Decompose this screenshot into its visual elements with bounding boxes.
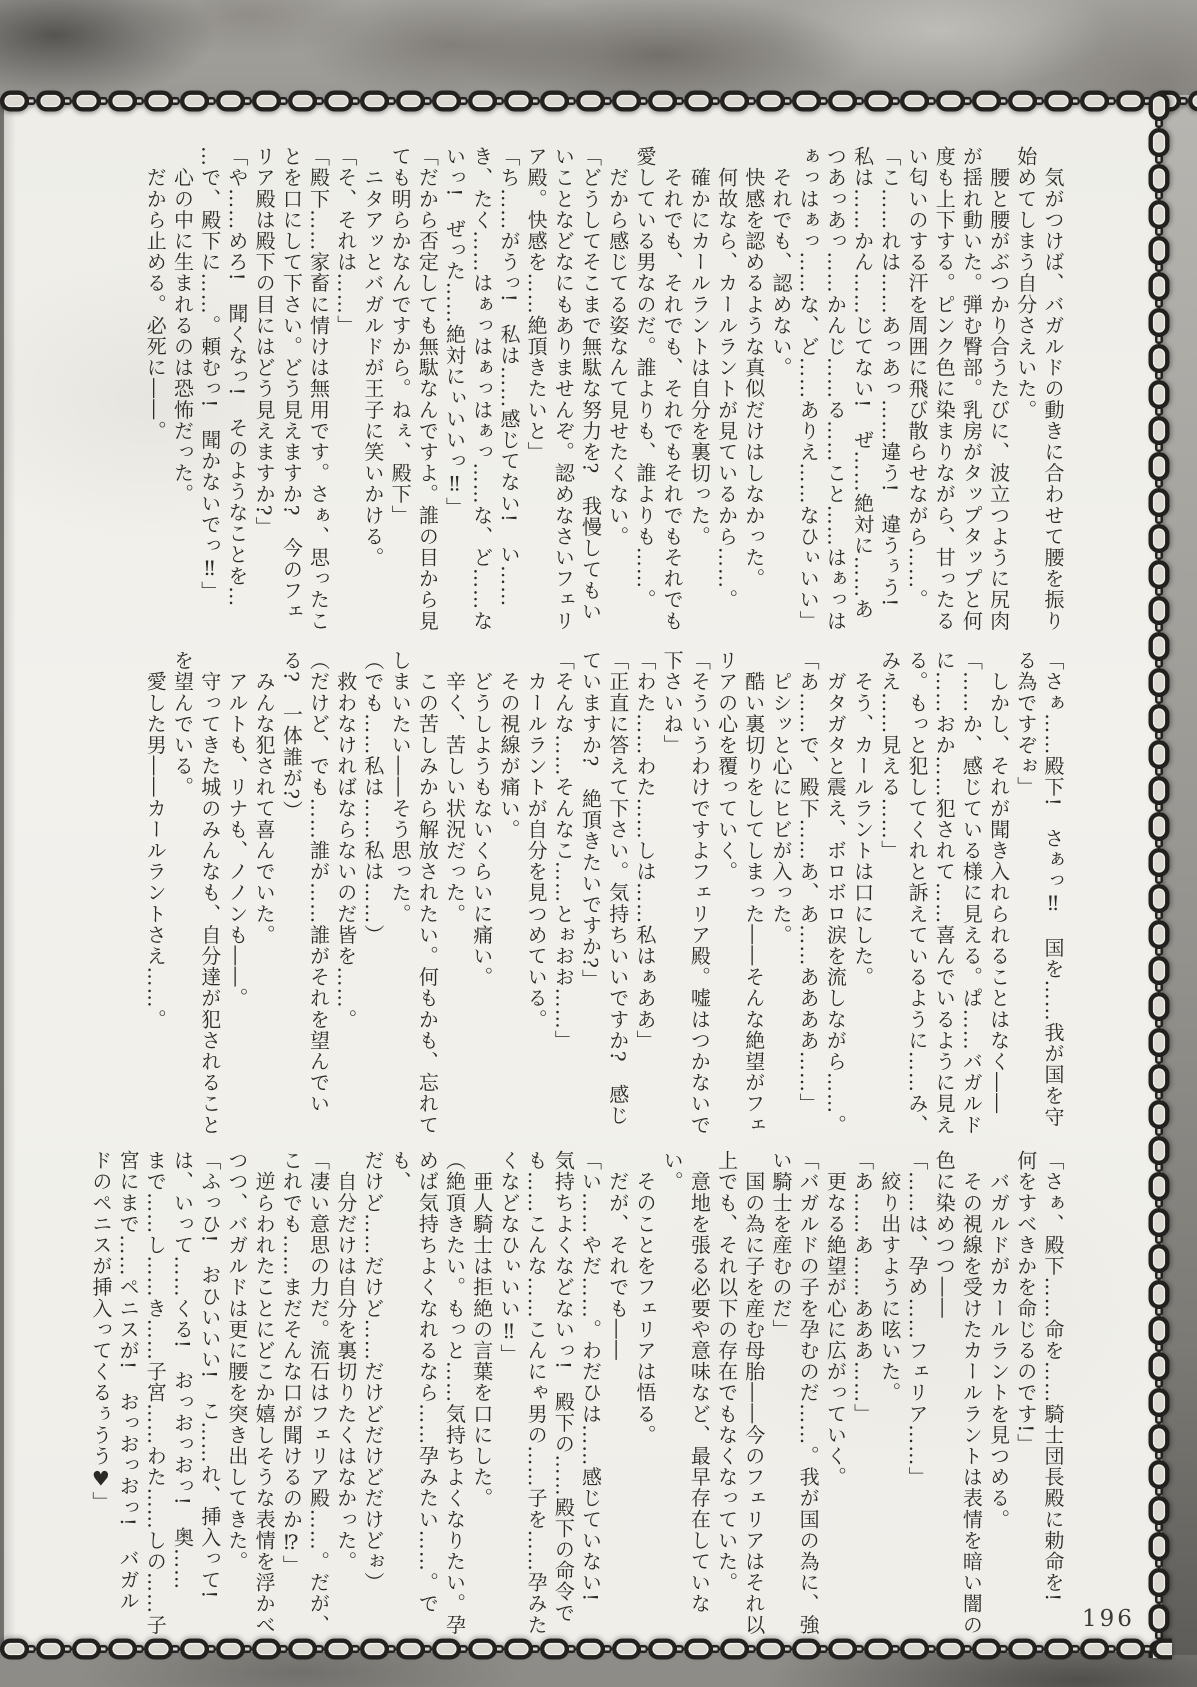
text-line: 下さいね」 — [658, 650, 685, 1146]
text-block-bottom: 「さぁ、殿下……命を……騎士団長殿に勅命を!何をすべきかを命じるのです!」 バガ… — [138, 1150, 1066, 1650]
text-line: （絶頂きたい。もっと……気持ちよくなりたい。孕 — [440, 1150, 467, 1646]
chain-border-top-icon — [0, 88, 1197, 114]
text-line: 気がつけば、バガルドの動きに合わせて腰を振り — [1039, 146, 1066, 642]
text-line: が揺れ動いた。弾む臀部。乳房がタップタップと何 — [957, 146, 984, 642]
text-line: バガルドがカールラントを見つめる。 — [984, 1150, 1011, 1646]
text-line: 私は……かん……じてない! ぜ……絶対に……あ — [848, 146, 875, 642]
text-line: 「わた……わた……しは……私はぁああ」 — [631, 650, 658, 1146]
text-line: 意地を張る必要や意味など、最早存在していない。 — [658, 1150, 712, 1646]
text-line: 始めてしまう自分さえいた。 — [1012, 146, 1039, 642]
text-line: 何故なら、カールラントが見ているから……。 — [712, 146, 739, 642]
text-block-top: 気がつけば、バガルドの動きに合わせて腰を振り始めてしまう自分さえいた。 腰と腰が… — [138, 146, 1066, 646]
text-line: ていますか? 絶頂きたいですか?」 — [576, 650, 603, 1146]
text-line: ガタガタと震え、ボロボロ涙を流しながら……。 — [821, 650, 848, 1146]
text-line: る? 一体誰が?） — [277, 650, 304, 1146]
text-line: る為ですぞぉ」 — [1012, 650, 1039, 1146]
text-line: くなどなひぃいい‼」 — [495, 1150, 522, 1646]
text-line: い騎士を産むのだ」 — [767, 1150, 794, 1646]
text-line: まで……し……き……子宮……わた……しの……子 — [141, 1150, 168, 1646]
text-line: き、たく……はぁっはぁっはぁっ……な、ど……な — [468, 146, 495, 642]
text-line: 「殿下……家畜に情けは無用です。さぁ、思ったこ — [304, 146, 331, 642]
text-line: リアの心を覆っていく。 — [712, 650, 739, 1146]
text-line: とを口にして下さい。どう見えますか? 今のフェ — [277, 146, 304, 642]
text-line: 「こ……れは……あっあっ……違う! 違うぅう! — [876, 146, 903, 642]
text-line: 気持ちよくなどないっ! 殿下の……殿下の命令で — [549, 1150, 576, 1646]
text-line: 「さぁ……殿下! さぁっ‼ 国を……我が国を守 — [1039, 650, 1066, 1146]
text-line: い匂いのする汗を周囲に飛び散らせながら……。 — [903, 146, 930, 642]
text-line: 「凄い意思の力だ。流石はフェリア殿……。だが、 — [304, 1150, 331, 1646]
book-page: 気がつけば、バガルドの動きに合わせて腰を振り始めてしまう自分さえいた。 腰と腰が… — [0, 0, 1197, 1687]
text-line: みえ……見える……」 — [876, 650, 903, 1146]
text-line: 宮にまで……ペニスが! おっおっおっ! バガル — [114, 1150, 141, 1646]
text-line: ぁっはぁっ……な、ど……ありえ……なひぃいい」 — [794, 146, 821, 642]
text-line: カールラントが自分を見つめている。 — [522, 650, 549, 1146]
page-left-edge-shadow — [0, 98, 4, 1652]
text-line: 愛している男なのだ。誰よりも、誰よりも……。 — [631, 146, 658, 642]
text-line: どうしようもないくらいに痛い。 — [468, 650, 495, 1146]
text-line: 亜人騎士は拒絶の言葉を口にした。 — [468, 1150, 495, 1646]
text-line: ドのペニスが挿入ってくるぅうう♥」 — [87, 1150, 114, 1646]
chain-border-right-icon — [1146, 92, 1172, 1658]
text-line: に……おか……犯されて……喜んでいるように見え — [930, 650, 957, 1146]
text-line: しかし、それが聞き入れられることはなく―― — [984, 650, 1011, 1146]
text-line: ピシッと心にヒビが入った。 — [767, 650, 794, 1146]
text-line: 逆らわれたことにどこか嬉しそうな表情を浮かべ — [250, 1150, 277, 1646]
text-line: それでも、それでも、それでもそれでもそれでも — [658, 146, 685, 642]
text-line: 何をすべきかを命じるのです!」 — [1012, 1150, 1039, 1646]
text-line: 快感を認めるような真似だけはしなかった。 — [740, 146, 767, 642]
text-line: 国の為に子を産む母胎――今のフェリアはそれ以 — [740, 1150, 767, 1646]
text-line: 酷い裏切りをしてしまった――そんな絶望がフェ — [740, 650, 767, 1146]
text-line: 「だから否定しても無駄なんですよ。誰の目から見 — [413, 146, 440, 642]
text-line: ても明らかなんですから。ねぇ、殿下」 — [386, 146, 413, 642]
text-line: 自分だけは自分を裏切りたくはなかった。 — [332, 1150, 359, 1646]
text-line: （でも……私は……私は……） — [359, 650, 386, 1146]
text-line: リア殿は殿下の目にはどう見えますか?」 — [250, 146, 277, 642]
text-block-middle: 「さぁ……殿下! さぁっ‼ 国を……我が国を守る為ですぞぉ」 しかし、それが聞き… — [138, 650, 1066, 1150]
text-line: 「や……めろ! 聞くなっ! そのようなことを… — [223, 146, 250, 642]
text-line: しまいたい――そう思った。 — [386, 650, 413, 1146]
text-line: そのことをフェリアは悟る。 — [631, 1150, 658, 1646]
text-line: ア殿。快感を……絶頂きたいと」 — [522, 146, 549, 642]
text-line: 「どうしてそこまで無駄な努力を? 我慢してもい — [576, 146, 603, 642]
text-line: 「そういうわけですよフェリア殿。嘘はつかないで — [685, 650, 712, 1146]
text-line: 「……か、感じている様に見える。ぱ……バガルド — [957, 650, 984, 1146]
text-line: ニタアッとバガルドが王子に笑いかける。 — [359, 146, 386, 642]
text-line: 辛く、苦しい状況だった。 — [440, 650, 467, 1146]
text-line: その視線が痛い。 — [495, 650, 522, 1146]
text-line: 「い……やだ……。わだひは……感じていない! — [576, 1150, 603, 1646]
text-line: 「そ、それは……」 — [332, 146, 359, 642]
text-line: いことなどなにもありませんぞ。認めなさいフェリ — [549, 146, 576, 642]
text-line: 「ち……がうっ! 私は……感じてない! い…… — [495, 146, 522, 642]
text-line: 更なる絶望が心に広がっていく。 — [821, 1150, 848, 1646]
text-line: 腰と腰がぶつかり合うたびに、波立つように尻肉 — [984, 146, 1011, 642]
text-line: その視線を受けたカールラントは表情を暗い闇の — [957, 1150, 984, 1646]
text-line: 心の中に生まれるのは恐怖だった。 — [168, 146, 195, 642]
text-line: 「……は、孕め……フェリア……」 — [903, 1150, 930, 1646]
text-line: 絞り出すように呟いた。 — [876, 1150, 903, 1646]
text-line: 色に染めつつ―― — [930, 1150, 957, 1646]
text-line: だから止める。必死に――。 — [141, 146, 168, 642]
text-line: いっ! ぜった……絶対にぃいいっ‼」 — [440, 146, 467, 642]
text-line: それでも、認めない。 — [767, 146, 794, 642]
text-line: も……こんな……こんにゃ男の……子を……孕みた — [522, 1150, 549, 1646]
text-line: 守ってきた城のみんなも、自分達が犯されること — [196, 650, 223, 1146]
page-number: 196 — [1082, 1606, 1135, 1632]
text-line: 上でも、それ以下の存在でもなくなっていた。 — [712, 1150, 739, 1646]
text-line: つあっあっ……かんじ……る……こと……はぁっは — [821, 146, 848, 642]
text-line: 愛した男――カールラントさえ……。 — [141, 650, 168, 1146]
text-line: 「バガルドの子を孕むのだ……。我が国の為に、強 — [794, 1150, 821, 1646]
text-line: この苦しみから解放されたい。何もかも、忘れて — [413, 650, 440, 1146]
text-line: 「あ……あ……あああ……」 — [848, 1150, 875, 1646]
text-line: 「そんな……そんなこ……とぉおお……」 — [549, 650, 576, 1146]
text-line: 度も上下する。ピンク色に染まりながら、甘ったる — [930, 146, 957, 642]
text-line: だから感じてる姿なんて見せたくない。 — [604, 146, 631, 642]
text-line: 救わなければならないのだ皆を……。 — [332, 650, 359, 1146]
text-line: これでも……まだそんな口が聞けるのか⁉」 — [277, 1150, 304, 1646]
text-line: を望んでいる。 — [168, 650, 195, 1146]
text-line: 「ふっひ! おひいいい! こ……れ、挿入って! — [196, 1150, 223, 1646]
text-line: みんな犯されて喜んでいた。 — [250, 650, 277, 1146]
text-line: 「正直に答えて下さい。気持ちいいですか? 感じ — [604, 650, 631, 1146]
text-line: 「さぁ、殿下……命を……騎士団長殿に勅命を! — [1039, 1150, 1066, 1646]
text-line: そう、カールラントは口にした。 — [848, 650, 875, 1146]
text-line: アルトも、リナも、ノノンも――。 — [223, 650, 250, 1146]
text-line: 「あ……で、殿下……あ、あ……ああああ……」 — [794, 650, 821, 1146]
text-line: …で、殿下に……。頼むっ! 聞かないでっ‼」 — [196, 146, 223, 642]
text-line: る。もっと犯してくれと訴えているように……み、 — [903, 650, 930, 1146]
text-line: めば気持ちよくなれるなら……孕みたい……。でも、 — [386, 1150, 440, 1646]
text-line: （だけど、でも……誰が……誰がそれを望んでい — [304, 650, 331, 1146]
text-line: は、いって……くる! おっおっおっ! 奥…… — [168, 1150, 195, 1646]
text-line: 確かにカールラントは自分を裏切った。 — [685, 146, 712, 642]
text-line: だけど……だけど……だけどだけどだけどぉ） — [359, 1150, 386, 1646]
text-line: つつ、バガルドは更に腰を突き出してきた。 — [223, 1150, 250, 1646]
text-line: だが、それでも―― — [604, 1150, 631, 1646]
